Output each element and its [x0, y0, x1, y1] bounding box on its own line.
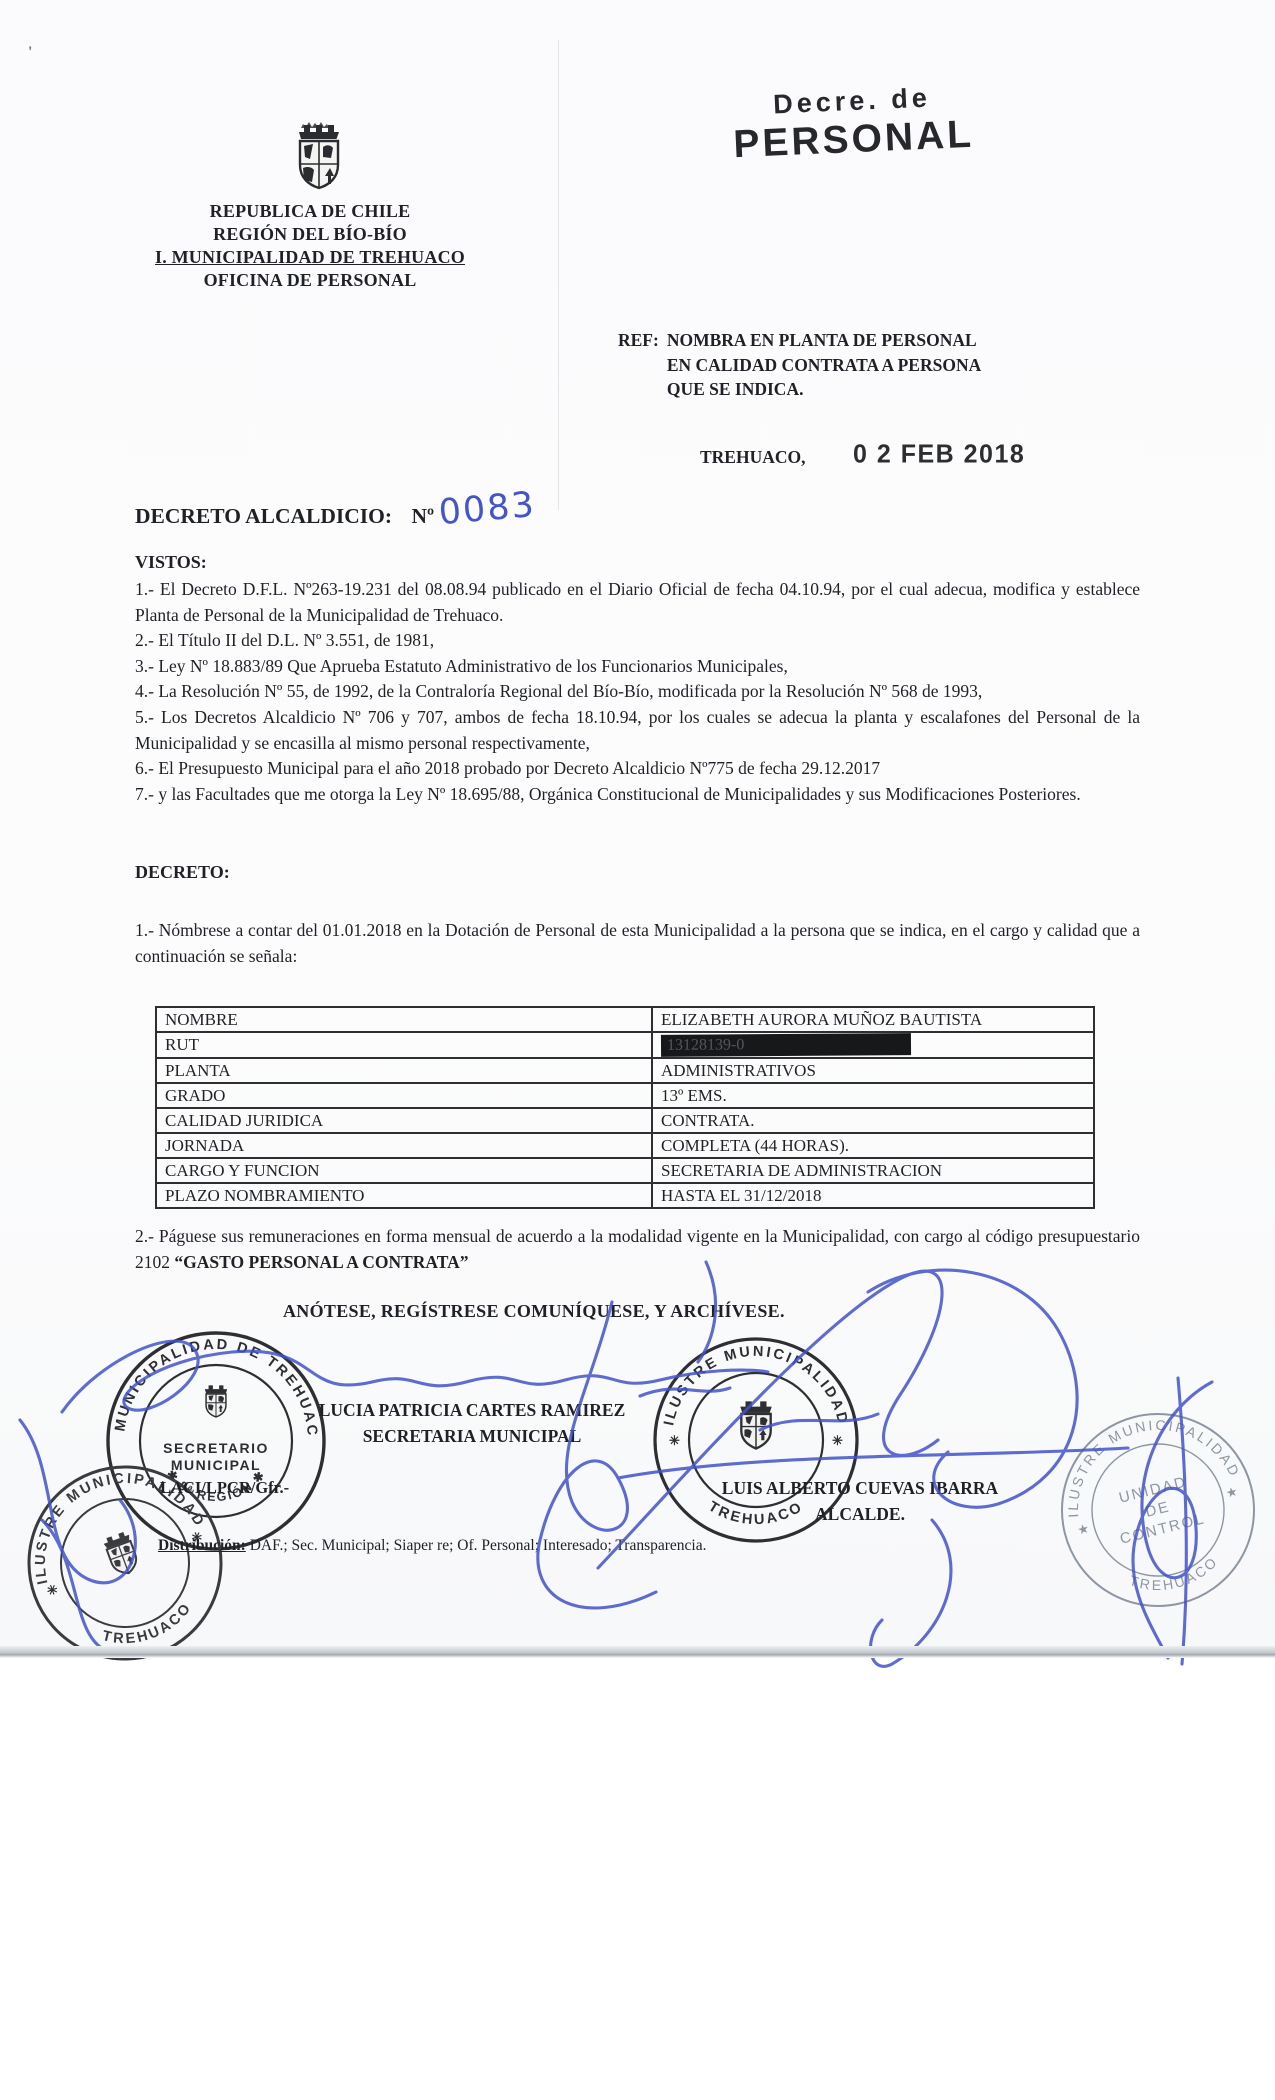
table-row: JORNADA COMPLETA (44 HORAS). [156, 1133, 1094, 1158]
municipal-coat-of-arms-icon [289, 116, 349, 196]
ref-line: NOMBRA EN PLANTA DE PERSONAL [667, 328, 981, 353]
vistos-items: 1.- El Decreto D.F.L. Nº263-19.231 del 0… [135, 577, 1140, 807]
letterhead-office: OFICINA DE PERSONAL [140, 269, 480, 292]
stamp-crest-icon [102, 1530, 141, 1577]
stamp-crest-icon [205, 1385, 227, 1417]
table-row: CARGO Y FUNCION SECRETARIA DE ADMINISTRA… [156, 1158, 1094, 1183]
closing-formula: ANÓTESE, REGÍSTRESE COMUNÍQUESE, Y ARCHÍ… [283, 1301, 785, 1322]
table-row: RUT 13128139-0 [156, 1032, 1094, 1058]
table-cell-label: CARGO Y FUNCION [156, 1158, 652, 1183]
stamp-crest-icon [740, 1401, 772, 1448]
table-cell-value: 13º EMS. [652, 1083, 1094, 1108]
vistos-item: 6.- El Presupuesto Municipal para el año… [135, 756, 1140, 782]
vistos-item: 2.- El Título II del D.L. Nº 3.551, de 1… [135, 628, 1140, 654]
table-cell-value: ELIZABETH AURORA MUÑOZ BAUTISTA [652, 1007, 1094, 1032]
vistos-item: 4.- La Resolución Nº 55, de 1992, de la … [135, 679, 1140, 705]
svg-text:TREHUACO: TREHUACO [1124, 1551, 1225, 1603]
secretaria-name: LUCIA PATRICIA CARTES RAMIREZ [272, 1400, 672, 1421]
table-cell-value: 13128139-0 [652, 1032, 1094, 1058]
numero-sign: Nº [411, 504, 434, 528]
initials-line: LACI/LPCR/Gfr.- [160, 1478, 289, 1498]
vistos-item: 1.- El Decreto D.F.L. Nº263-19.231 del 0… [135, 577, 1140, 628]
ref-label: REF: [618, 328, 659, 402]
redacted-rut: 13128139-0 [667, 1036, 744, 1054]
dateline-city: TREHUACO, [700, 447, 806, 468]
vistos-item: 5.- Los Decretos Alcaldicio Nº 706 y 707… [135, 705, 1140, 756]
table-cell-label: JORNADA [156, 1133, 652, 1158]
ref-block: REF: NOMBRA EN PLANTA DE PERSONAL EN CAL… [618, 328, 1038, 402]
alcalde-title: ALCALDE. [640, 1504, 1080, 1525]
table-row: GRADO 13º EMS. [156, 1083, 1094, 1108]
alcalde-name: LUIS ALBERTO CUEVAS IBARRA [640, 1478, 1080, 1499]
scan-page-bottom-edge [0, 1646, 1275, 1658]
distribution-label: Distribución: [158, 1537, 246, 1554]
scan-speck: ' [28, 44, 32, 62]
table-cell-label: PLAZO NOMBRAMIENTO [156, 1183, 652, 1208]
letterhead-region: REGIÓN DEL BÍO-BÍO [140, 223, 480, 246]
appointment-table: NOMBRE ELIZABETH AURORA MUÑOZ BAUTISTA R… [155, 1006, 1095, 1209]
decree-heading: DECRETO ALCALDICIO: Nº 0083 [135, 492, 537, 532]
table-cell-value: ADMINISTRATIVOS [652, 1058, 1094, 1083]
star-icon: ✳ [45, 1581, 60, 1599]
vistos-item: 7.- y las Facultades que me otorga la Le… [135, 782, 1140, 808]
table-cell-label: NOMBRE [156, 1007, 652, 1032]
table-row: PLANTA ADMINISTRATIVOS [156, 1058, 1094, 1083]
table-row: NOMBRE ELIZABETH AURORA MUÑOZ BAUTISTA [156, 1007, 1094, 1032]
star-icon: ✳ [832, 1433, 843, 1448]
paragraph-2-bold: “GASTO PERSONAL A CONTRATA” [174, 1252, 468, 1272]
vistos-item: 3.- Ley Nº 18.883/89 Que Aprueba Estatut… [135, 654, 1140, 680]
table-cell-value: SECRETARIA DE ADMINISTRACION [652, 1158, 1094, 1183]
table-row: PLAZO NOMBRAMIENTO HASTA EL 31/12/2018 [156, 1183, 1094, 1208]
decreto-paragraph-1: 1.- Nómbrese a contar del 01.01.2018 en … [135, 918, 1140, 969]
stamp-center-line-2: DE [1144, 1498, 1172, 1521]
table-cell-value: HASTA EL 31/12/2018 [652, 1183, 1094, 1208]
decreto-paragraph-2: 2.- Páguese sus remuneraciones en forma … [135, 1224, 1140, 1275]
handwritten-decree-number: 0083 [438, 485, 538, 533]
vistos-heading: VISTOS: [135, 552, 207, 573]
table-cell-value: CONTRATA. [652, 1108, 1094, 1133]
distribution-line: Distribución: DAF.; Sec. Municipal; Siap… [158, 1537, 958, 1555]
decree-heading-label: DECRETO ALCALDICIO: [135, 504, 392, 528]
table-cell-label: GRADO [156, 1083, 652, 1108]
letterhead: REPUBLICA DE CHILE REGIÓN DEL BÍO-BÍO I.… [140, 200, 480, 292]
letterhead-country: REPUBLICA DE CHILE [140, 200, 480, 223]
star-icon: ★ [1224, 1483, 1239, 1500]
table-row: CALIDAD JURIDICA CONTRATA. [156, 1108, 1094, 1133]
table-cell-label: PLANTA [156, 1058, 652, 1083]
table-cell-label: CALIDAD JURIDICA [156, 1108, 652, 1133]
decreto-heading: DECRETO: [135, 862, 230, 883]
ref-line: EN CALIDAD CONTRATA A PERSONA [667, 353, 981, 378]
scanned-decree-page: ' Decre. de PERSONAL REPUBLICA DE CHILE … [0, 0, 1275, 2100]
distribution-text: DAF.; Sec. Municipal; Siaper re; Of. Per… [246, 1537, 707, 1554]
stamp-arc-bottom: TREHUACO [1124, 1551, 1225, 1603]
table-cell-value: COMPLETA (44 HORAS). [652, 1133, 1094, 1158]
table-cell-label: RUT [156, 1032, 652, 1058]
secretaria-title: SECRETARIA MUNICIPAL [272, 1426, 672, 1447]
letterhead-municipality: I. MUNICIPALIDAD DE TREHUACO [140, 246, 480, 269]
redaction-box: 13128139-0 [661, 1033, 911, 1057]
date-stamp: 0 2 FEB 2018 [853, 439, 1025, 469]
ref-line: QUE SE INDICA. [667, 377, 981, 402]
paper-crease [558, 40, 559, 510]
decreto-personal-stamp: Decre. de PERSONAL [696, 79, 1009, 168]
